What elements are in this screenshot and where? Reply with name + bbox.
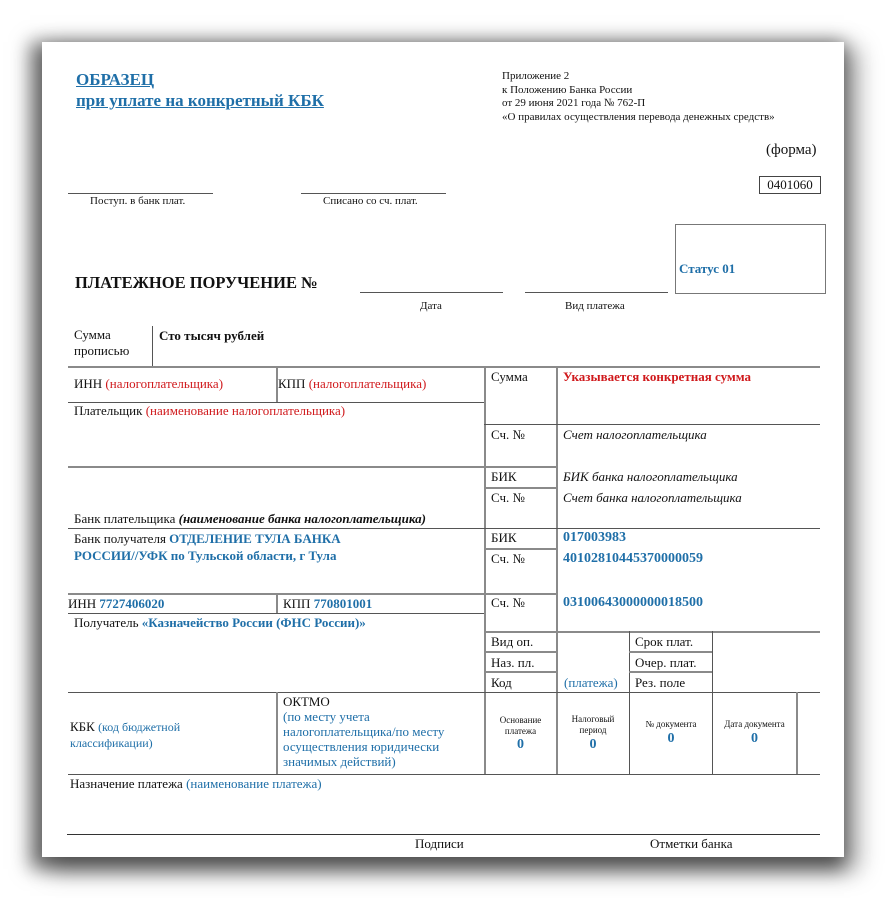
debited-label: Списано со сч. плат. xyxy=(323,195,418,207)
form-label: (форма) xyxy=(766,142,817,159)
divider xyxy=(629,651,712,653)
code-label: Код xyxy=(491,675,512,691)
divider xyxy=(276,593,278,613)
field-label: Налоговый xyxy=(557,714,629,725)
field-value: 0 xyxy=(713,730,796,748)
signatures-label: Подписи xyxy=(415,836,464,852)
payer-bank: Банк плательщика (наименование банка нал… xyxy=(74,511,426,527)
payer-bank-label: Банк плательщика xyxy=(74,511,175,526)
payer-inn-label: ИНН xyxy=(74,376,102,391)
payment-purpose: Назначение платежа (наименование платежа… xyxy=(70,776,322,792)
recipient-name-label: Получатель xyxy=(74,615,139,630)
divider xyxy=(484,548,556,550)
payer-inn-value: (налогоплательщика) xyxy=(105,376,223,391)
code-value: (платежа) xyxy=(564,675,618,691)
divider xyxy=(484,466,556,468)
field-label: № документа xyxy=(630,719,712,730)
recipient-account-label: Сч. № xyxy=(491,595,525,611)
divider xyxy=(629,631,630,693)
document-date-field: Дата документа 0 xyxy=(713,719,796,748)
divider xyxy=(68,466,484,468)
divider xyxy=(484,424,556,425)
payer-account-value: Счет налогоплательщика xyxy=(563,427,707,443)
divider xyxy=(68,613,484,614)
appendix-block: Приложение 2 к Положению Банка России от… xyxy=(502,70,775,124)
recipient-bank-label: Банк получателя xyxy=(74,531,166,546)
recipient-bank-value: ОТДЕЛЕНИЕ ТУЛА БАНКА xyxy=(169,531,340,546)
amount-words-label-line: Сумма xyxy=(74,327,129,343)
bank-marks-label: Отметки банка xyxy=(650,836,733,852)
divider xyxy=(484,366,486,774)
appendix-line: к Положению Банка России xyxy=(502,84,775,98)
amount-words-label: Сумма прописью xyxy=(74,327,129,359)
form-code: 0401060 xyxy=(759,176,821,194)
recipient-kpp: КПП 770801001 xyxy=(283,596,372,612)
recipient-inn-label: ИНН xyxy=(68,596,96,611)
oktmo-value: (по месту учета xyxy=(283,709,444,724)
divider xyxy=(629,671,712,673)
recipient-name: Получатель «Казначейство России (ФНС Рос… xyxy=(74,615,366,631)
field-value: 0 xyxy=(557,736,629,754)
kbk-label: КБК xyxy=(70,719,95,734)
debited-line xyxy=(301,193,446,194)
appendix-line: «О правилах осуществления перевода денеж… xyxy=(502,111,775,125)
oktmo-label: ОКТМО xyxy=(283,694,444,709)
kbk-value: классификации) xyxy=(70,735,180,751)
payer-kpp-label: КПП xyxy=(278,376,305,391)
payer-bank-value: (наименование банка налогоплательщика) xyxy=(179,511,426,526)
field-value: 0 xyxy=(485,737,556,753)
divider xyxy=(712,631,713,693)
divider xyxy=(796,692,798,774)
payer-kpp: КПП (налогоплательщика) xyxy=(278,376,426,392)
payment-type-line xyxy=(525,292,668,293)
oktmo-value: осуществления юридически xyxy=(283,739,444,754)
status-value: Статус 01 xyxy=(679,261,735,277)
sample-title: ОБРАЗЕЦ xyxy=(76,70,154,90)
payer-name-value: (наименование налогоплательщика) xyxy=(146,403,345,418)
received-label: Поступ. в банк плат. xyxy=(90,195,185,207)
date-line xyxy=(360,292,503,293)
status-box xyxy=(675,224,826,294)
payer-bank-account-value: Счет банка налогоплательщика xyxy=(563,490,742,506)
recipient-inn-value: 7727406020 xyxy=(99,596,164,611)
order-title: ПЛАТЕЖНОЕ ПОРУЧЕНИЕ № xyxy=(75,273,318,293)
kbk-value: (код бюджетной xyxy=(98,720,180,734)
payer-name: Плательщик (наименование налогоплательщи… xyxy=(74,403,345,419)
tax-period-field: Налоговый период 0 xyxy=(557,714,629,754)
oktmo-field: ОКТМО (по месту учета налогоплательщика/… xyxy=(283,694,444,769)
payer-account-label: Сч. № xyxy=(491,427,525,443)
appendix-line: от 29 июня 2021 года № 762-П xyxy=(502,97,775,111)
divider xyxy=(68,593,556,595)
recipient-kpp-value: 770801001 xyxy=(314,596,373,611)
payment-type-label: Вид платежа xyxy=(565,300,625,312)
recipient-bank-value: РОССИИ//УФК по Тульской области, г Тула xyxy=(74,547,341,564)
divider xyxy=(68,692,820,693)
payer-bik-label: БИК xyxy=(491,469,517,485)
reserve-label: Рез. поле xyxy=(635,675,685,691)
field-label: Дата документа xyxy=(713,719,796,730)
recipient-bank-account-label: Сч. № xyxy=(491,551,525,567)
sum-label: Сумма xyxy=(491,369,528,385)
divider xyxy=(68,366,820,368)
op-type-label: Вид оп. xyxy=(491,634,533,650)
payer-inn: ИНН (налогоплательщика) xyxy=(74,376,223,392)
recipient-inn: ИНН 7727406020 xyxy=(68,596,164,612)
divider xyxy=(484,671,556,673)
date-label: Дата xyxy=(420,300,442,312)
oktmo-value: значимых действий) xyxy=(283,754,444,769)
payer-bik-value: БИК банка налогоплательщика xyxy=(563,469,738,485)
payment-purpose-value: (наименование платежа) xyxy=(186,776,322,791)
payer-kpp-value: (налогоплательщика) xyxy=(309,376,427,391)
recipient-name-value: «Казначейство России (ФНС России)» xyxy=(142,615,366,630)
recipient-bik-label: БИК xyxy=(491,530,517,546)
divider xyxy=(276,692,278,774)
amount-words-value: Сто тысяч рублей xyxy=(159,328,264,344)
recipient-bank: Банк получателя ОТДЕЛЕНИЕ ТУЛА БАНКА РОС… xyxy=(74,530,341,564)
divider xyxy=(556,424,820,425)
sample-subtitle: при уплате на конкретный КБК xyxy=(76,91,324,111)
divider xyxy=(484,651,556,653)
payer-name-label: Плательщик xyxy=(74,403,142,418)
payment-basis-field: Основание платежа 0 xyxy=(485,715,556,753)
received-line xyxy=(68,193,213,194)
appendix-line: Приложение 2 xyxy=(502,70,775,84)
payment-purpose-label: Назначение платежа xyxy=(70,776,183,791)
divider xyxy=(556,366,558,774)
recipient-bank-account-value: 40102810445370000059 xyxy=(563,551,703,567)
recipient-account-value: 03100643000000018500 xyxy=(563,595,703,611)
field-label: Основание xyxy=(485,715,556,726)
divider xyxy=(68,528,820,529)
signature-line xyxy=(67,834,820,835)
recipient-bik-value: 017003983 xyxy=(563,530,626,546)
field-value: 0 xyxy=(630,730,712,748)
payer-bank-account-label: Сч. № xyxy=(491,490,525,506)
purpose-code-label: Наз. пл. xyxy=(491,655,535,671)
priority-label: Очер. плат. xyxy=(635,655,697,671)
sum-value: Указывается конкретная сумма xyxy=(563,369,751,385)
recipient-kpp-label: КПП xyxy=(283,596,310,611)
divider xyxy=(152,326,153,366)
field-label: период xyxy=(557,725,629,736)
kbk-field: КБК (код бюджетной классификации) xyxy=(70,719,180,751)
document-number-field: № документа 0 xyxy=(630,719,712,748)
divider xyxy=(484,631,820,633)
amount-words-label-line: прописью xyxy=(74,343,129,359)
field-label: платежа xyxy=(485,726,556,737)
divider xyxy=(68,774,820,775)
deadline-label: Срок плат. xyxy=(635,634,693,650)
divider xyxy=(484,487,556,489)
oktmo-value: налогоплательщика/по месту xyxy=(283,724,444,739)
